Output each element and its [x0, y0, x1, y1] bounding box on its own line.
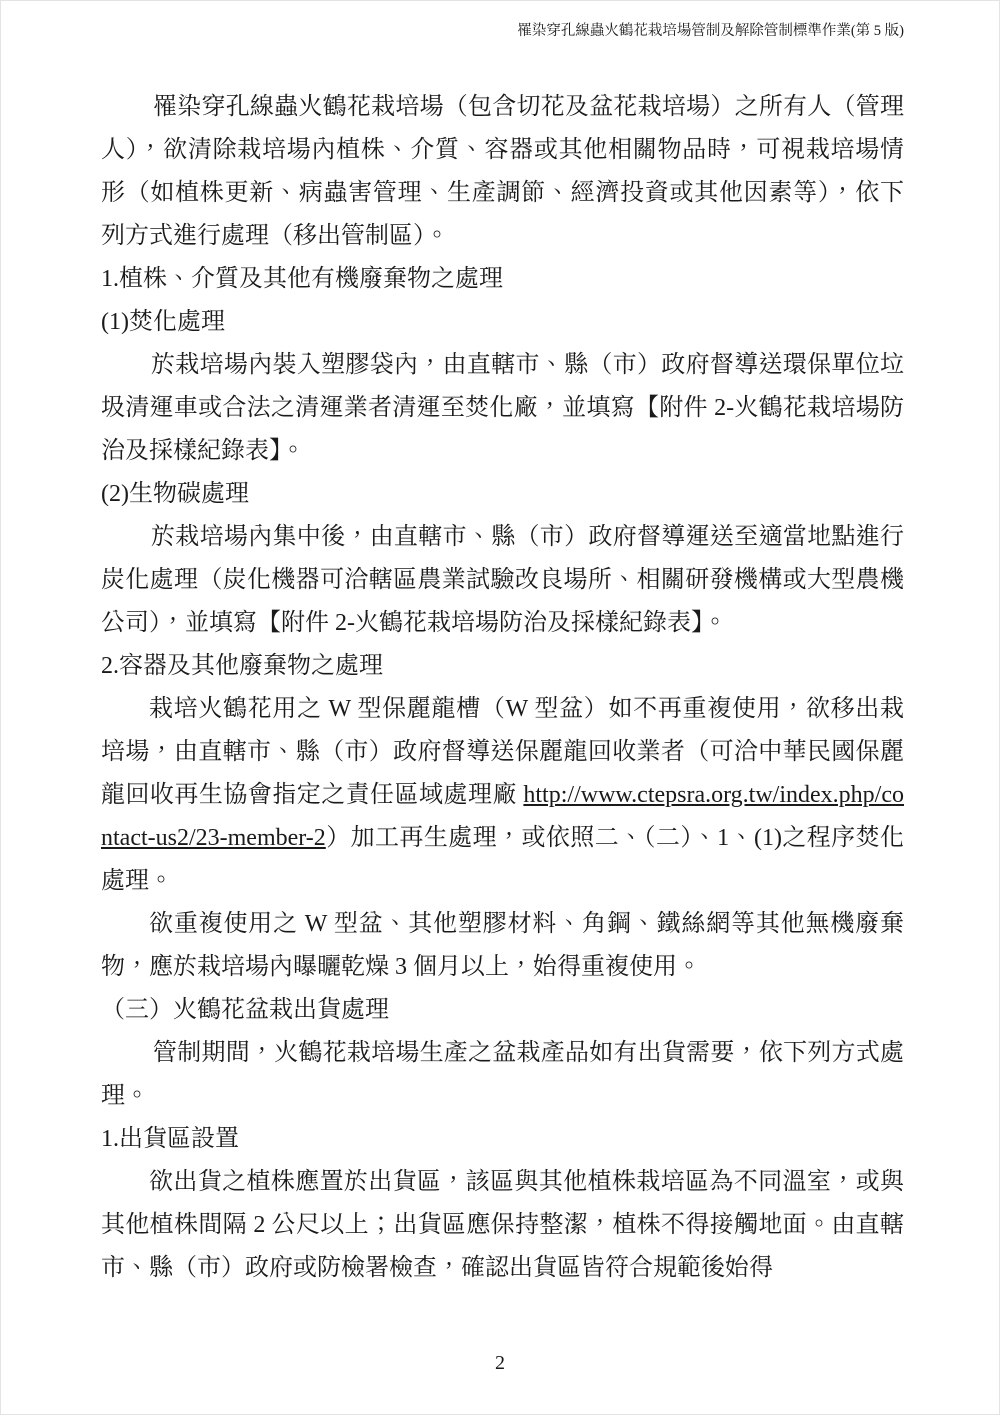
item2-body: 栽培火鶴花用之 W 型保麗龍槽（W 型盆）如不再重複使用，欲移出栽培場，由直轄市…	[101, 688, 904, 903]
section3-intro: 管制期間，火鶴花栽培場生產之盆栽產品如有出貨需要，依下列方式處理。	[101, 1032, 904, 1118]
item1-sub2-body: 於栽培場內集中後，由直轄市、縣（市）政府督導運送至適當地點進行炭化處理（炭化機器…	[101, 516, 904, 645]
item1-title: 1.植株、介質及其他有機廢棄物之處理	[101, 258, 904, 301]
document-page: 罹染穿孔線蟲火鶴花栽培場管制及解除管制標準作業(第 5 版) 罹染穿孔線蟲火鶴花…	[0, 0, 1000, 1415]
section3-item1-body: 欲出貨之植株應置於出貨區，該區與其他植株栽培區為不同溫室，或與其他植株間隔 2 …	[101, 1161, 904, 1290]
item2-body2: 欲重複使用之 W 型盆、其他塑膠材料、角鋼、鐵絲網等其他無機廢棄物，應於栽培場內…	[101, 903, 904, 989]
page-number: 2	[1, 1349, 999, 1377]
document-content: 罹染穿孔線蟲火鶴花栽培場（包含切花及盆花栽培場）之所有人（管理人），欲清除栽培場…	[101, 86, 904, 1290]
item1-sub2-title: (2)生物碳處理	[101, 473, 904, 516]
item2-title: 2.容器及其他廢棄物之處理	[101, 645, 904, 688]
section3-item1-title: 1.出貨區設置	[101, 1118, 904, 1161]
item1-sub1-title: (1)焚化處理	[101, 301, 904, 344]
item1-sub1-body: 於栽培場內裝入塑膠袋內，由直轄市、縣（市）政府督導送環保單位垃圾清運車或合法之清…	[101, 344, 904, 473]
running-header: 罹染穿孔線蟲火鶴花栽培場管制及解除管制標準作業(第 5 版)	[101, 21, 904, 41]
section3-title: （三）火鶴花盆栽出貨處理	[101, 989, 904, 1032]
intro-paragraph: 罹染穿孔線蟲火鶴花栽培場（包含切花及盆花栽培場）之所有人（管理人），欲清除栽培場…	[101, 86, 904, 258]
